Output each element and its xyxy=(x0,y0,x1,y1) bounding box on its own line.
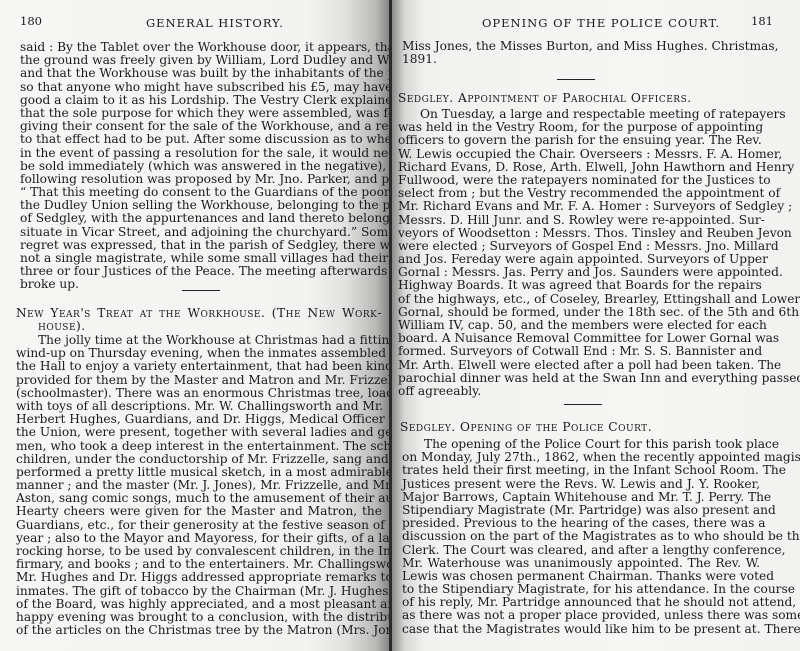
left-page: 180 General History. said : By the Table… xyxy=(0,0,392,651)
text-line: and that the Workhouse was built by the … xyxy=(20,67,382,80)
page-number: 181 xyxy=(751,14,773,28)
text-line: so that anyone who might have subscribed… xyxy=(20,81,382,94)
section-heading: Sedgley. Opening of the Police Court. xyxy=(400,421,760,434)
text-line: (schoolmaster). There was an enormous Ch… xyxy=(16,387,382,400)
text-line: be sold immediately (which was answered … xyxy=(20,160,382,173)
continuation-paragraph: said : By the Tablet over the Workhouse … xyxy=(20,41,382,292)
text-line: Mr. Hughes and Dr. Higgs addressed appro… xyxy=(16,571,382,584)
text-line: provided for them by the Master and Matr… xyxy=(16,374,382,387)
running-head: General History. xyxy=(146,16,284,30)
book-spread: 180 General History. said : By the Table… xyxy=(0,0,800,651)
text-line: children, under the conductorship of Mr.… xyxy=(16,453,382,466)
text-line: Major Barrows, Captain Whitehouse and Mr… xyxy=(402,491,760,504)
text-line: situate in Vicar Street, and adjoining t… xyxy=(20,226,382,239)
section-divider xyxy=(557,79,595,80)
text-line: good a claim to it as his Lordship. The … xyxy=(20,94,382,107)
heading-line: house). xyxy=(16,320,382,333)
text-line: as there was not a proper place provided… xyxy=(402,609,760,622)
text-line: W. Lewis occupied the Chair. Overseers :… xyxy=(398,148,760,161)
section-divider xyxy=(182,290,220,291)
text-line: Miss Jones, the Misses Burton, and Miss … xyxy=(402,40,760,53)
page-number: 180 xyxy=(20,14,42,28)
text-line: trates held their first meeting, in the … xyxy=(402,464,760,477)
text-line: Guardians, etc., for their generosity at… xyxy=(16,519,382,532)
text-line: the Hall to enjoy a variety entertainmen… xyxy=(16,360,382,373)
text-line: Justices present were the Revs. W. Lewis… xyxy=(402,478,760,491)
text-line: parochial dinner was held at the Swan In… xyxy=(398,372,760,385)
text-line: of the articles on the Christmas tree by… xyxy=(16,624,382,637)
heading-line: Sedgley. Opening of the Police Court. xyxy=(400,421,760,434)
text-line: the Union, were present, together with s… xyxy=(16,426,382,439)
text-line: formed. Surveyors of Cotwall End : Mr. S… xyxy=(398,345,760,358)
text-line: officers to govern the parish for the en… xyxy=(398,134,760,147)
text-line: of the highways, etc., of Coseley, Brear… xyxy=(398,293,760,306)
right-page: Opening of the Police Court. 181 Miss Jo… xyxy=(392,0,800,651)
section-paragraph: On Tuesday, a large and respectable meet… xyxy=(398,108,760,398)
continuation-paragraph: Miss Jones, the Misses Burton, and Miss … xyxy=(402,40,760,66)
text-line: Mr. Waterhouse was unanimously appointed… xyxy=(402,557,760,570)
text-line: Richard Evans, D. Rose, Arth. Elwell, Jo… xyxy=(398,161,760,174)
text-line: off agreeably. xyxy=(398,385,760,398)
text-line: Messrs. D. Hill Junr. and S. Rowley were… xyxy=(398,214,760,227)
text-line: Hearty cheers were given for the Master … xyxy=(16,505,382,518)
text-line: to that effect had to be put. After some… xyxy=(20,133,382,146)
section-divider xyxy=(564,404,602,405)
text-line: Clerk. The Court was cleared, and after … xyxy=(402,544,760,557)
section-heading: Sedgley. Appointment of Parochial Office… xyxy=(398,92,760,105)
section-heading: New Year's Treat at the Workhouse. (The … xyxy=(16,307,382,333)
text-line: of Sedgley, with the appurtenances and l… xyxy=(20,212,382,225)
text-line: Mr. Arth. Elwell were elected after a po… xyxy=(398,359,760,372)
text-line: discussion on the part of the Magistrate… xyxy=(402,530,760,543)
text-line: Highway Boards. It was agreed that Board… xyxy=(398,279,760,292)
running-head: Opening of the Police Court. xyxy=(482,16,720,30)
text-line: inmates. The gift of tobacco by the Chai… xyxy=(16,585,382,598)
text-line: case that the Magistrates would like him… xyxy=(402,623,760,636)
section-paragraph: The jolly time at the Workhouse at Chris… xyxy=(16,334,382,637)
text-line: men, who took a deep interest in the ent… xyxy=(16,440,382,453)
text-line: Mr. Richard Evans and Mr. F. A. Homer : … xyxy=(398,200,760,213)
section-paragraph: The opening of the Police Court for this… xyxy=(402,438,760,636)
heading-line: Sedgley. Appointment of Parochial Office… xyxy=(398,92,760,105)
text-line: of the Board, was highly appreciated, an… xyxy=(16,598,382,611)
text-line: 1891. xyxy=(402,53,760,66)
text-line: veyors of Woodsetton : Messrs. Thos. Tin… xyxy=(398,227,760,240)
text-line: in the event of passing a resolution for… xyxy=(20,147,382,160)
